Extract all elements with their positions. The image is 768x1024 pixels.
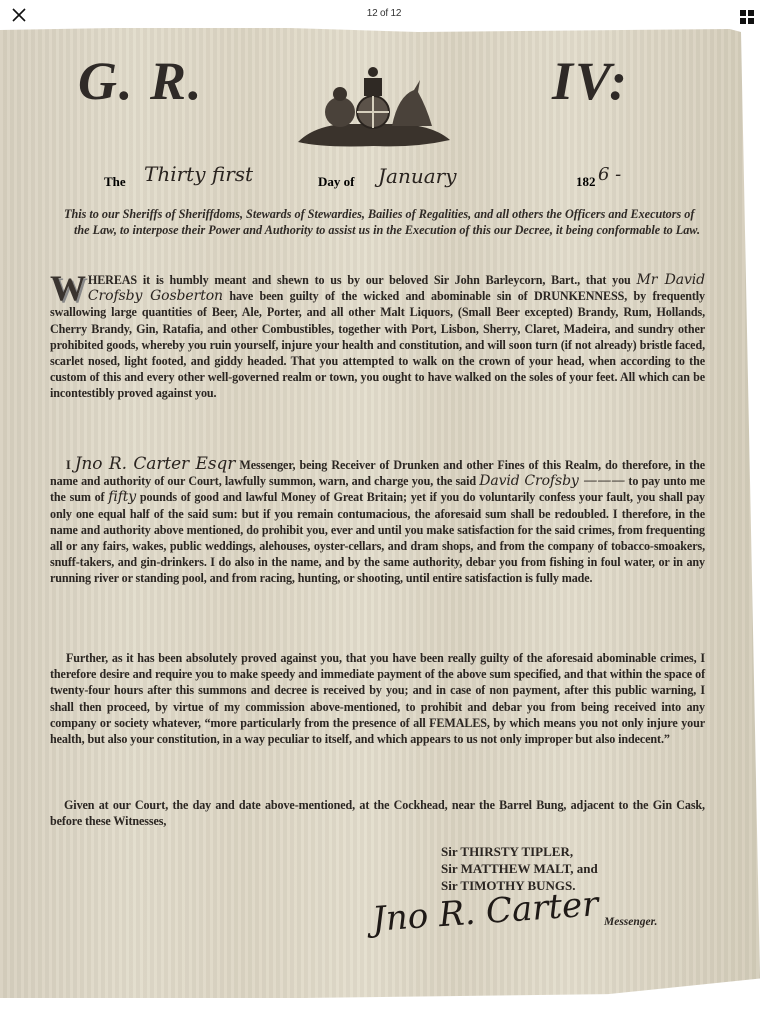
month-handwritten: January [378, 164, 457, 188]
further-paragraph: Further, as it has been absolutely prove… [50, 650, 705, 747]
fine-sum-handwritten: fifty [108, 489, 136, 505]
page-counter: 12 of 12 [0, 8, 768, 19]
summons-paragraph: I Jno R. Carter Esqr Messenger, being Re… [50, 456, 705, 587]
messenger-name-handwritten: Jno R. Carter Esqr [75, 454, 236, 474]
header-iv: IV: [552, 50, 629, 112]
royal-crest-icon [294, 66, 452, 148]
dropcap: W [50, 274, 86, 302]
accused-short-name-handwritten: David Crofsby ——— [479, 473, 625, 489]
address-paragraph: This to our Sheriffs of Sheriffdoms, Ste… [60, 206, 710, 238]
grid-icon [740, 10, 746, 16]
witness-2: Sir MATTHEW MALT, and [441, 860, 598, 877]
grid-view-button[interactable] [740, 10, 754, 24]
signature-role: Messenger. [604, 916, 657, 928]
whereas-paragraph: WHEREAS it is humbly meant and shewn to … [50, 272, 705, 402]
given-paragraph: Given at our Court, the day and date abo… [50, 797, 705, 829]
viewer-toolbar: 12 of 12 [0, 0, 768, 28]
header-gr: G. R. [78, 50, 204, 112]
year-handwritten: 6 - [598, 164, 621, 185]
witness-1: Sir THIRSTY TIPLER, [441, 843, 598, 860]
day-handwritten: Thirty first [144, 162, 253, 186]
